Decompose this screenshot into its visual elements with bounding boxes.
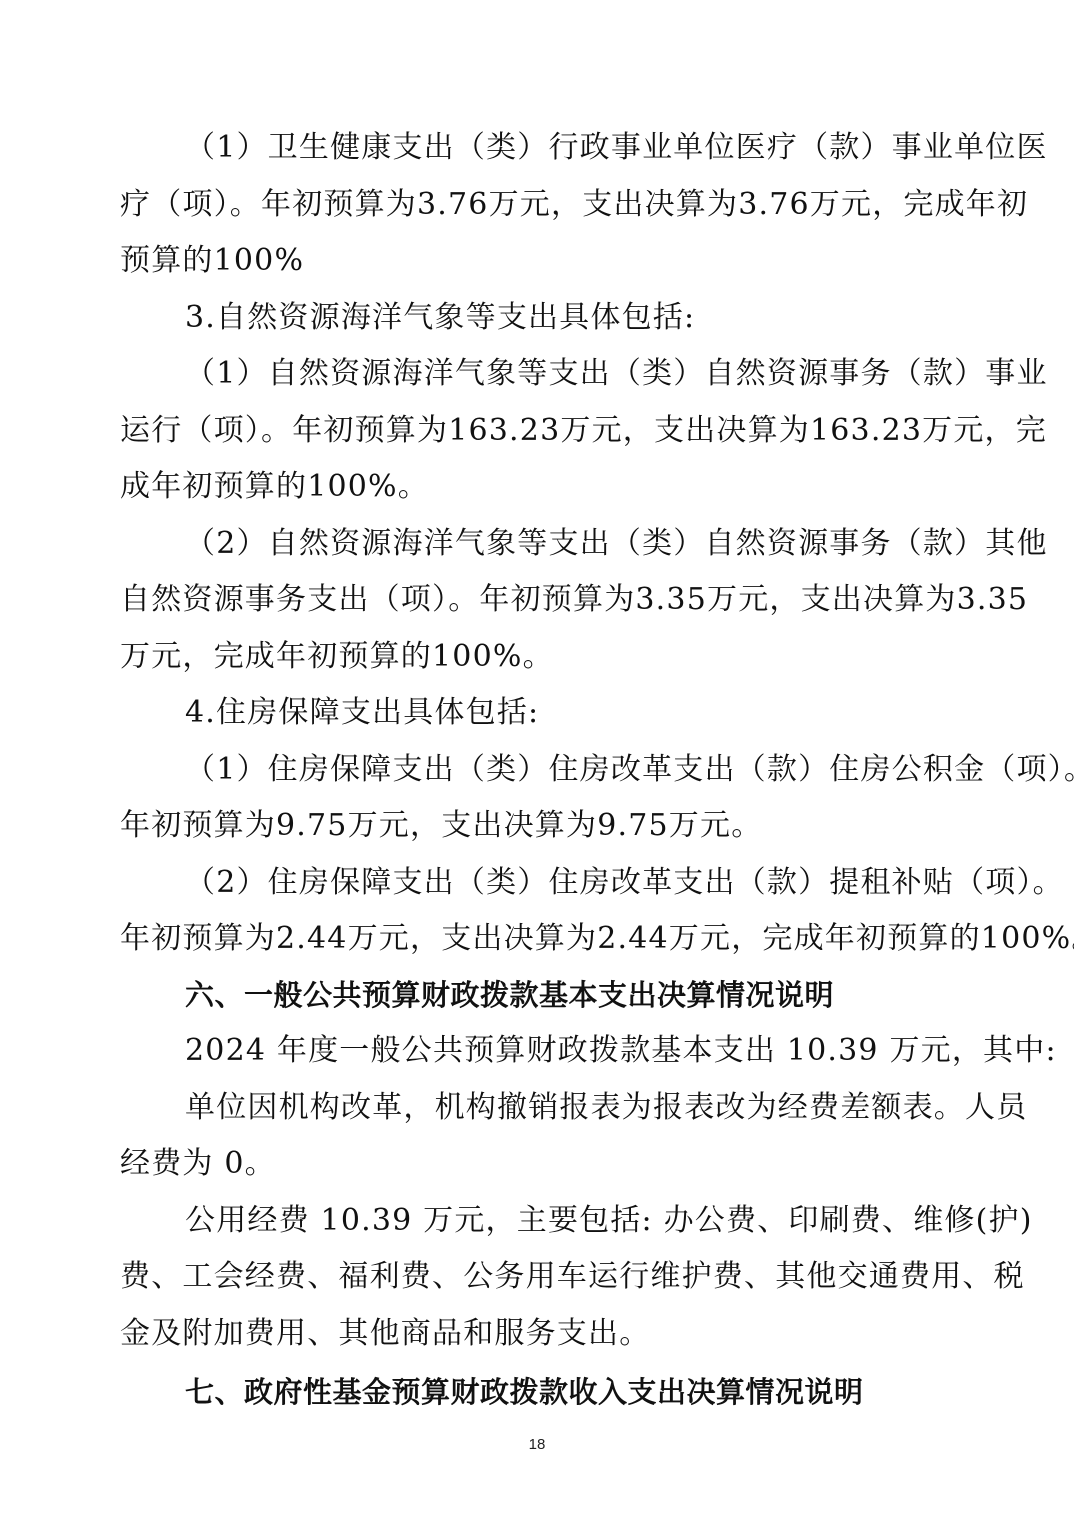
subheading-housing: 4.住房保障支出具体包括: — [185, 693, 960, 733]
document-page: （1）卫生健康支出（类）行政事业单位医疗（款）事业单位医 疗（项）。年初预算为3… — [0, 0, 1074, 1520]
item-natural-resources-1-line-2: 运行（项）。年初预算为163.23万元，支出决算为163.23万元，完 — [120, 411, 960, 451]
item-natural-resources-2-line-3: 万元，完成年初预算的100%。 — [120, 637, 960, 677]
body-basic-expenditure: 2024 年度一般公共预算财政拨款基本支出 10.39 万元，其中: — [185, 1031, 960, 1071]
item-housing-1-line-1: （1）住房保障支出（类）住房改革支出（款）住房公积金（项）。 — [185, 750, 960, 790]
body-public-funds-line-3: 金及附加费用、其他商品和服务支出。 — [120, 1314, 960, 1354]
body-public-funds-line-1: 公用经费 10.39 万元，主要包括: 办公费、印刷费、维修(护) — [185, 1201, 960, 1241]
section-heading-6: 六、一般公共预算财政拨款基本支出决算情况说明 — [185, 975, 960, 1015]
item-natural-resources-1-line-1: （1）自然资源海洋气象等支出（类）自然资源事务（款）事业 — [185, 354, 960, 394]
item-housing-1-line-2: 年初预算为9.75万元，支出决算为9.75万元。 — [120, 806, 960, 846]
body-personnel-line-2: 经费为 0。 — [120, 1144, 960, 1184]
body-personnel-line-1: 单位因机构改革，机构撤销报表为报表改为经费差额表。人员 — [185, 1088, 960, 1128]
page-number: 18 — [0, 1436, 1074, 1453]
item-housing-2-line-2: 年初预算为2.44万元，支出决算为2.44万元，完成年初预算的100%。 — [120, 919, 960, 959]
item-health-line-2: 疗（项）。年初预算为3.76万元，支出决算为3.76万元，完成年初 — [120, 185, 960, 225]
item-housing-2-line-1: （2）住房保障支出（类）住房改革支出（款）提租补贴（项）。 — [185, 863, 960, 903]
item-natural-resources-2-line-2: 自然资源事务支出（项）。年初预算为3.35万元，支出决算为3.35 — [120, 580, 960, 620]
subheading-natural-resources: 3.自然资源海洋气象等支出具体包括: — [185, 298, 960, 338]
section-heading-7: 七、政府性基金预算财政拨款收入支出决算情况说明 — [185, 1372, 960, 1412]
item-natural-resources-2-line-1: （2）自然资源海洋气象等支出（类）自然资源事务（款）其他 — [185, 524, 960, 564]
item-natural-resources-1-line-3: 成年初预算的100%。 — [120, 467, 960, 507]
item-health-line-1: （1）卫生健康支出（类）行政事业单位医疗（款）事业单位医 — [185, 128, 960, 168]
body-public-funds-line-2: 费、工会经费、福利费、公务用车运行维护费、其他交通费用、税 — [120, 1257, 960, 1297]
item-health-line-3: 预算的100% — [120, 241, 960, 281]
